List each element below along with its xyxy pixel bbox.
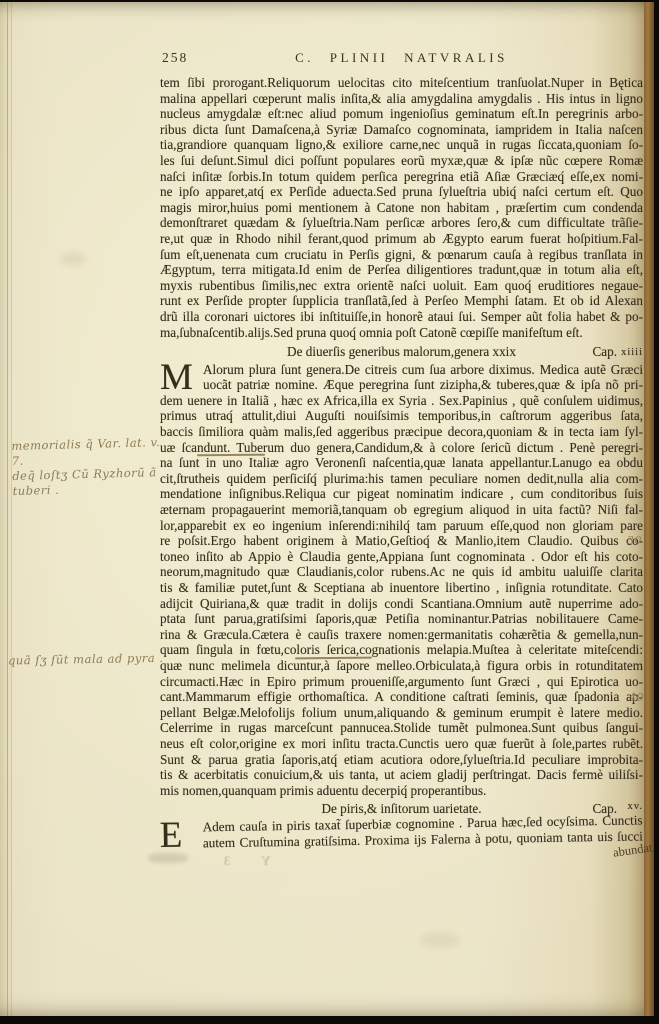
text-line: drũ illa coronari uictores ibi inſtituiſ… <box>160 309 643 325</box>
text-line: runt ex Perſide propter ſupplicia tranſl… <box>160 293 643 309</box>
page-fold-crease <box>11 2 12 1016</box>
text-line: toneo inſito ab Appio è Claudia gente,Ap… <box>160 549 643 565</box>
chapter-heading-14: De diuerſis generibus malorum,genera xxi… <box>160 344 643 360</box>
text-line: ptata ſunt parua,gratiſsimi ſaporis,quæ … <box>160 611 643 627</box>
paper-stain <box>420 932 460 948</box>
text-line: Ægyptum, terra mitigata.Id enim de Perſe… <box>160 262 643 278</box>
paper-stain <box>60 252 86 266</box>
chapter-number: xiiii <box>621 345 643 361</box>
text-line: uæ ſcandunt. Tuberum duo genera,Candidum… <box>160 440 643 456</box>
chapter-title: De piris,& inſitorum uarietate. <box>321 801 481 816</box>
text-line: neorum,magnitudo quæ Claudianis,color ru… <box>160 564 643 580</box>
chapter-cap-label: Cap. <box>592 344 617 360</box>
text-line: mis nomen,quanquam primis aduentu decerp… <box>160 783 643 799</box>
marginalia-note-left: memorialis q̃ Var. lat. v. 7.deq̃ loſtʒ … <box>11 435 163 499</box>
text-line: primus utraq́ attulit,diui Auguſti nouiſ… <box>160 408 643 424</box>
ink-show-through-smudge <box>148 853 188 863</box>
paragraph-piris: E Adem cauſa in piris taxat̃ ſuperbiæ co… <box>160 812 643 851</box>
text-line: tem ſibi prorogant.Reliquorum uelocitas … <box>160 75 643 91</box>
book-page-edge <box>644 2 654 1016</box>
dropcap-M: M <box>160 363 193 393</box>
text-line: myxis rubentibus ſimilis,nec extra orien… <box>160 278 643 294</box>
text-line: na ſunt in uno Italiæ agro Veronenſi naſ… <box>160 455 643 471</box>
text-line: Celerrime in rugas marceſcunt pannucea.S… <box>160 720 643 736</box>
text-line: Alorum plura ſunt genera.De citreis cum … <box>160 362 643 378</box>
text-line: quam ſingula in fœtu,coloris ſerica,cogn… <box>160 642 643 658</box>
paragraph-prunis: tem ſibi prorogant.Reliquorum uelocitas … <box>160 75 643 340</box>
text-line: pellant Belgæ.Melofolijs folium unum,ali… <box>160 705 643 721</box>
paragraph-malorum: M Alorum plura ſunt genera.De citreis cu… <box>160 362 643 799</box>
text-line: malina appellari cœperunt malis inſita,&… <box>160 91 643 107</box>
text-line: mendatione inſignibus.Reliqua cur pigeat… <box>160 486 643 502</box>
text-line: naſci inſitæ ſorbis.In totum quidem perſ… <box>160 169 643 185</box>
marginalia-note-mala: quã ſʒ ſũt mala ad pyra . <box>8 651 178 669</box>
text-line: dem uenere in Italiã , hæc ex Africa,ill… <box>160 393 643 409</box>
text-line: cit,ſtrutheis quidem perſiciſq́ plurima:… <box>160 471 643 487</box>
text-line: circumacti.Hæc in Epiro primum proueniſſ… <box>160 674 643 690</box>
text-line: Sunt & parua gratia ſaporis,atq́ etiam a… <box>160 752 643 768</box>
text-line: tia,grandiore quanquam ligno,& exiliore … <box>160 137 643 153</box>
text-line: tis & familiæ putet,ſunt & Sceptiana ab … <box>160 580 643 596</box>
text-line: ma,ſubnaſcentib.alijs.Sed pruna quoq́ om… <box>160 325 643 341</box>
text-column: tem ſibi prorogant.Reliquorum uelocitas … <box>160 75 643 851</box>
marginalia-line-number-40: 40 <box>629 690 644 705</box>
text-line: rina & Græcula.Cætera è cauſis traxere n… <box>160 627 643 643</box>
text-line: adijcit Quiriana,& quæ tradit in dolijs … <box>160 596 643 612</box>
scanned-book-page: 258 C. PLINII NATVRALIS tem ſibi proroga… <box>0 0 659 1024</box>
text-line: nucleus amygdalæ eſt:nec aliud pomum ing… <box>160 106 643 122</box>
text-line: re poſsit.Ergo habent originem à Matio,G… <box>160 533 643 549</box>
dropcap-E: E <box>160 821 183 851</box>
text-line: quæ nunc melimela dicuntur,à ſapore mell… <box>160 658 643 674</box>
text-line: cant.Mammarum effigie orthomaſtica. A co… <box>160 689 643 705</box>
text-line: demonſtraret quædam & ſylueſtria.Nam per… <box>160 215 643 231</box>
marginalia-lines: memorialis q̃ Var. lat. v. 7.deq̃ loſtʒ … <box>11 435 163 499</box>
page-fold-crease <box>7 2 8 1016</box>
text-line: re,ut quæ in Rhodo nihil ferant,quod pri… <box>160 231 643 247</box>
text-line: tis & acerbitatis conuicium,& uis tanta,… <box>160 767 643 783</box>
text-line: lor,apparebit ex eo ingenium inſerendi:n… <box>160 518 643 534</box>
running-title: C. PLINII NATVRALIS <box>160 50 643 66</box>
text-line: ribus dicta ſunt Damaſcena,à Syriæ Damaſ… <box>160 122 643 138</box>
text-line: neus eſt color,origine ex mori inſitu tr… <box>160 736 643 752</box>
marginalia-line-number-30: 30 <box>627 533 642 548</box>
chapter-title: De diuerſis generibus malorum,genera xxi… <box>287 344 516 359</box>
text-line: æternam propagauerint memoriã,tanquam ob… <box>160 502 643 518</box>
text-line: ſum eſt,uenenata cum cruciatu in Perſis … <box>160 247 643 263</box>
text-line: baccis ſimiliora quàm malis,ſed aggeribu… <box>160 424 643 440</box>
text-line: les ſui deſunt.Simul dici poſſunt popula… <box>160 153 643 169</box>
signature-show-through: Y 3 <box>210 853 271 869</box>
marginalia-line: memorialis q̃ Var. lat. v. 7. <box>11 435 162 469</box>
text-line: uocãt patriæ nomine. Æque peregrina ſunt… <box>160 377 643 393</box>
text-line: magis miror,huius pomi mentionem à Caton… <box>160 200 643 216</box>
paragraph-lines: tem ſibi prorogant.Reliquorum uelocitas … <box>160 75 643 325</box>
paragraph-lines: dem uenere in Italiã , hæc ex Africa,ill… <box>160 393 643 783</box>
text-line: ne ipſo apparet,atq́ ex Perſide aduecta.… <box>160 184 643 200</box>
